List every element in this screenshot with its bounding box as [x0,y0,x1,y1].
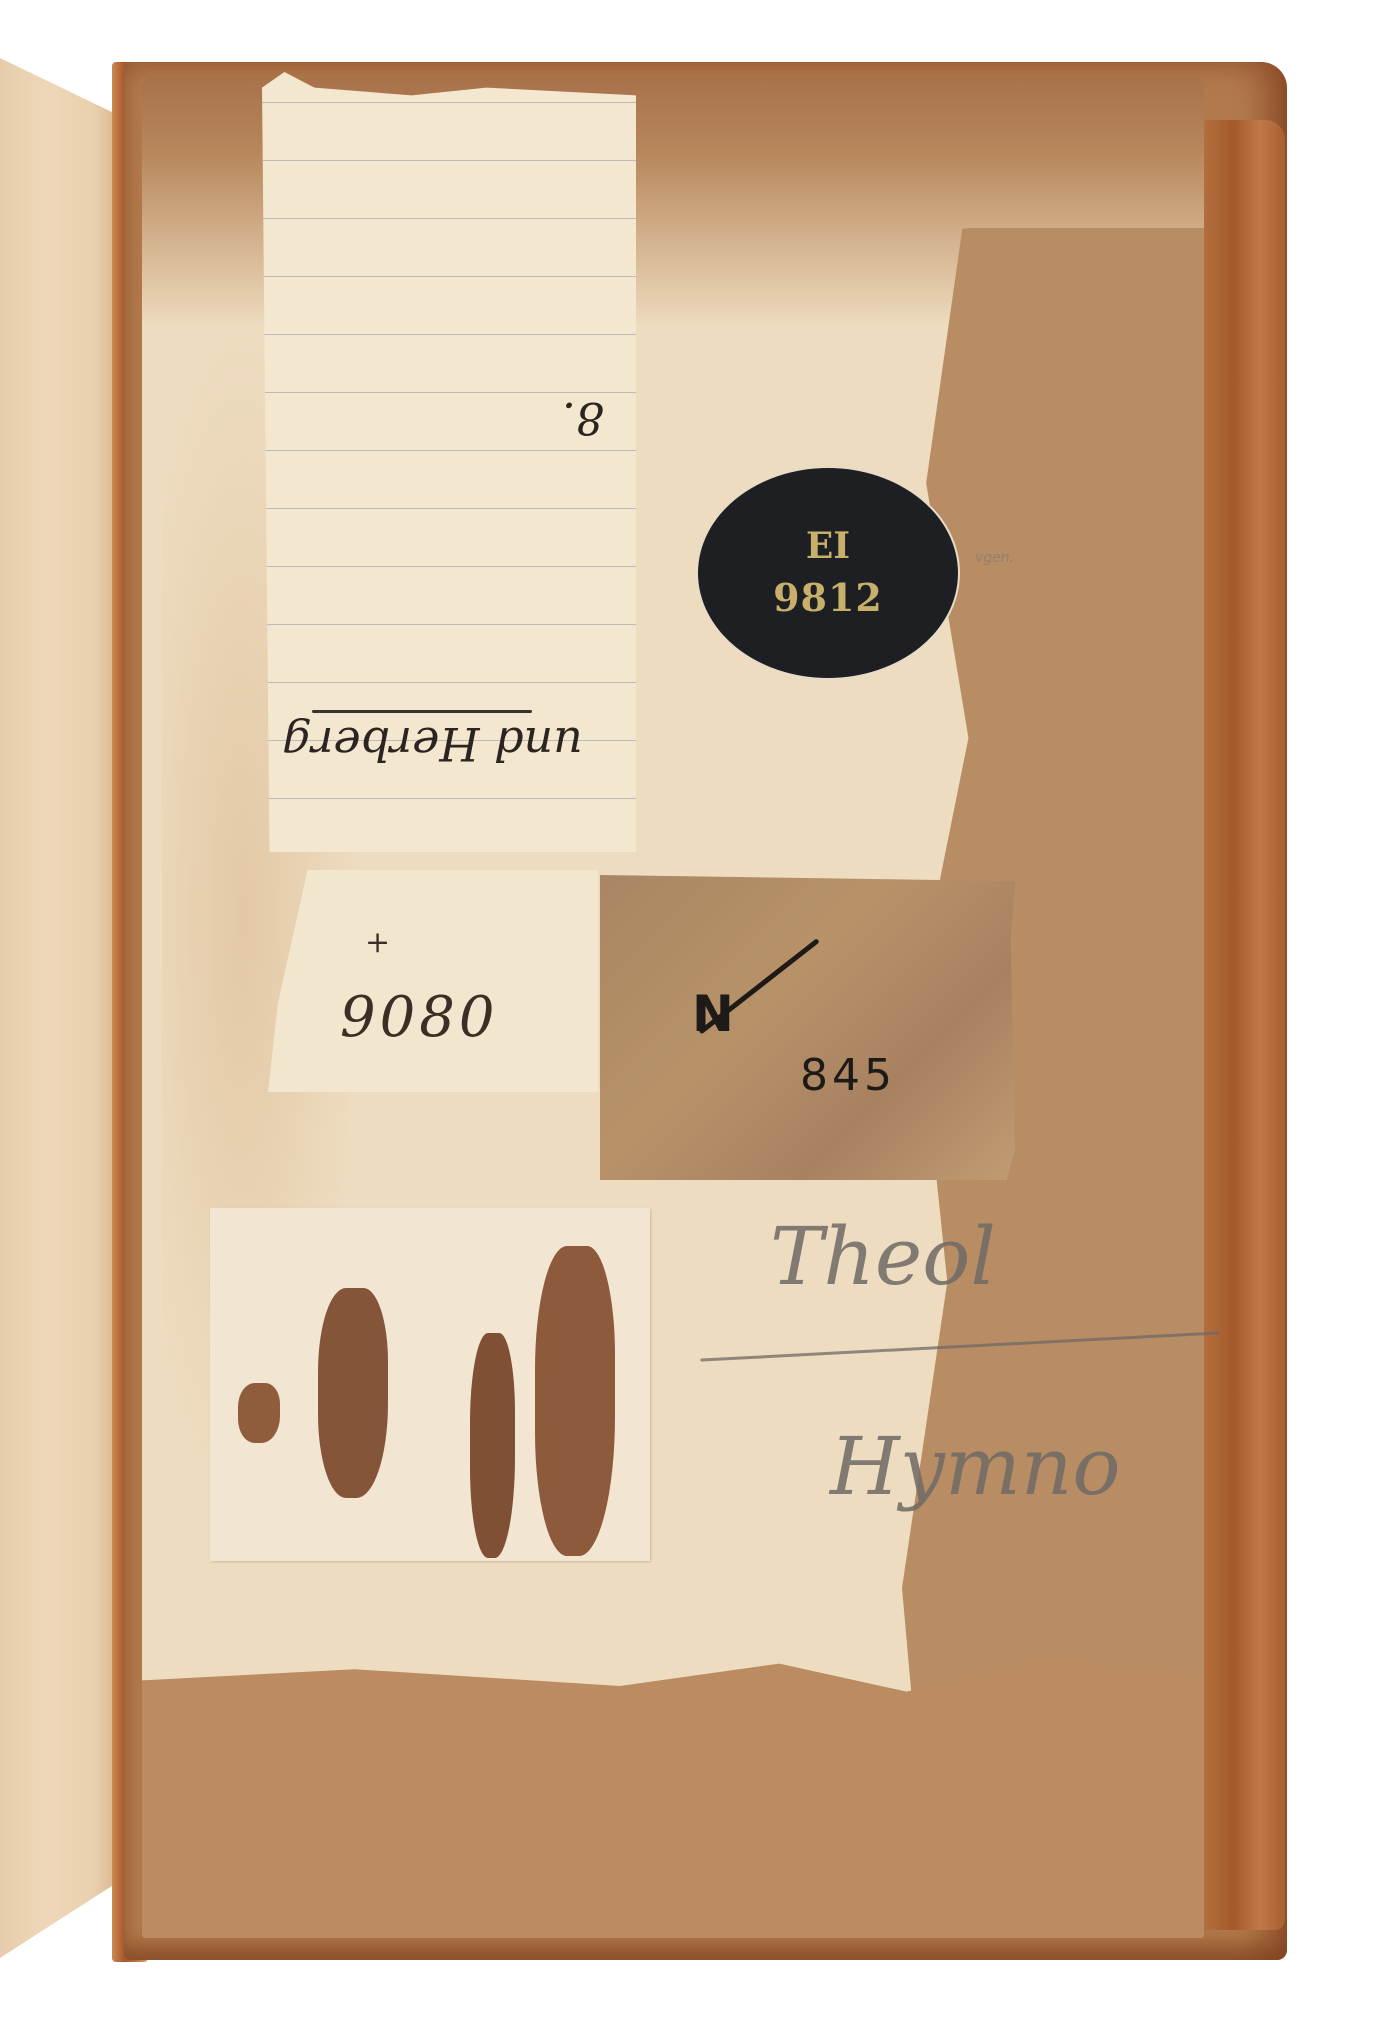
flyleaf-page [0,58,118,1958]
ruled-slip-text-1: 8. [562,392,604,443]
cross-mark: + [365,925,390,960]
shelfmark-oval-label: EI 9812 [698,468,958,678]
water-stain-bottom [142,1658,1204,1938]
ruled-line [262,102,636,103]
ruled-line [262,566,636,567]
manuscript-fragment [318,1288,388,1498]
cover-turn-in [1200,120,1285,1930]
manuscript-fragment [238,1383,280,1443]
inventory-number-845: 845 [800,1050,896,1101]
shelfmark-number: 9812 [773,577,883,619]
ruled-line [262,798,636,799]
ruled-line [262,276,636,277]
ruled-line [262,160,636,161]
number-slip-9080 [268,870,598,1092]
ruled-line [262,682,636,683]
shelfmark-code: EI [806,527,850,567]
fragments-slip [210,1208,650,1561]
ruled-slip-text-2: und Herberg [282,717,583,771]
ruled-line [262,450,636,451]
pencil-annotation-theol: Theol [770,1210,996,1303]
manuscript-fragment [470,1333,515,1558]
faint-pencil-note: vgen. [975,550,1014,566]
ruled-line [262,624,636,625]
ruled-line [262,334,636,335]
ruled-line [262,508,636,509]
brown-number-slip [600,875,1015,1180]
ink-underline [312,710,532,713]
manuscript-fragment [535,1246,615,1556]
ruled-paper-slip: 8. und Herberg [262,72,636,852]
inventory-number-9080: 9080 [340,985,499,1050]
pencil-annotation-hymn: Hymno [830,1420,1121,1513]
ruled-line [262,218,636,219]
